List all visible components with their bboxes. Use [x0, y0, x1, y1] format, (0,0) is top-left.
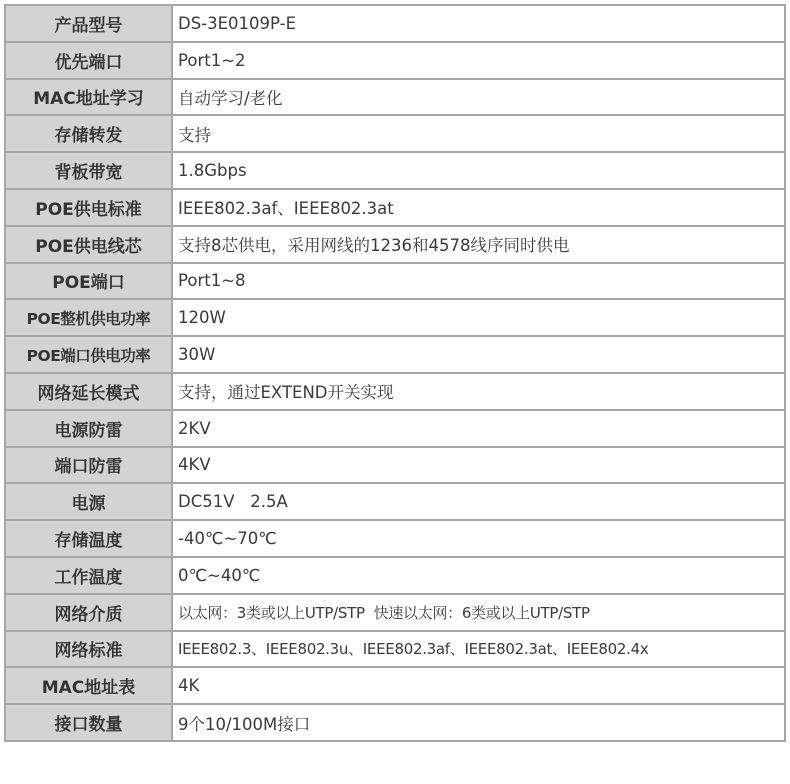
row-value-priority-port: Port1~2 — [172, 42, 785, 79]
table-row: 接口数量 9个10/100M接口 — [5, 704, 785, 741]
row-value-operating-temp: 0℃~40℃ — [172, 557, 785, 594]
row-label-network-media: 网络介质 — [5, 594, 172, 631]
table-row: 存储转发 支持 — [5, 115, 785, 152]
row-value-mac-table: 4K — [172, 667, 785, 704]
row-label-poe-port-power: POE端口供电功率 — [5, 336, 172, 373]
table-row: 背板带宽 1.8Gbps — [5, 152, 785, 189]
table-row: MAC地址学习 自动学习/老化 — [5, 79, 785, 116]
row-value-mac-learning: 自动学习/老化 — [172, 79, 785, 116]
table-row: 优先端口 Port1~2 — [5, 42, 785, 79]
table-row: 网络延长模式 支持，通过EXTEND开关实现 — [5, 373, 785, 410]
row-value-interface-count: 9个10/100M接口 — [172, 704, 785, 741]
row-label-interface-count: 接口数量 — [5, 704, 172, 741]
table-row: 网络标准 IEEE802.3、IEEE802.3u、IEEE802.3af、IE… — [5, 631, 785, 668]
row-value-poe-wiring: 支持8芯供电，采用网线的1236和4578线序同时供电 — [172, 226, 785, 263]
spec-table: 产品型号 DS-3E0109P-E 优先端口 Port1~2 MAC地址学习 自… — [4, 4, 786, 742]
row-label-storage-temp: 存储温度 — [5, 520, 172, 557]
row-label-poe-total-power: POE整机供电功率 — [5, 299, 172, 336]
row-label-poe-standard: POE供电标准 — [5, 189, 172, 226]
row-label-mac-table: MAC地址表 — [5, 667, 172, 704]
row-label-backplane: 背板带宽 — [5, 152, 172, 189]
table-row: 存储温度 -40℃~70℃ — [5, 520, 785, 557]
row-label-power-surge: 电源防雷 — [5, 410, 172, 447]
row-label-operating-temp: 工作温度 — [5, 557, 172, 594]
row-label-priority-port: 优先端口 — [5, 42, 172, 79]
row-value-power-supply: DC51V 2.5A — [172, 483, 785, 520]
row-label-port-surge: 端口防雷 — [5, 447, 172, 484]
row-label-extend-mode: 网络延长模式 — [5, 373, 172, 410]
row-value-port-surge: 4KV — [172, 447, 785, 484]
row-value-store-forward: 支持 — [172, 115, 785, 152]
row-value-storage-temp: -40℃~70℃ — [172, 520, 785, 557]
table-row: 网络介质 以太网：3类或以上UTP/STP 快速以太网：6类或以上UTP/STP — [5, 594, 785, 631]
table-row: POE供电标准 IEEE802.3af、IEEE802.3at — [5, 189, 785, 226]
row-label-mac-learning: MAC地址学习 — [5, 79, 172, 116]
table-row: POE供电线芯 支持8芯供电，采用网线的1236和4578线序同时供电 — [5, 226, 785, 263]
row-value-model: DS-3E0109P-E — [172, 5, 785, 42]
table-row: MAC地址表 4K — [5, 667, 785, 704]
row-value-poe-ports: Port1~8 — [172, 263, 785, 300]
row-label-model: 产品型号 — [5, 5, 172, 42]
row-value-network-media: 以太网：3类或以上UTP/STP 快速以太网：6类或以上UTP/STP — [172, 594, 785, 631]
table-row: POE整机供电功率 120W — [5, 299, 785, 336]
table-row: 端口防雷 4KV — [5, 447, 785, 484]
row-label-power-supply: 电源 — [5, 483, 172, 520]
table-row: POE端口供电功率 30W — [5, 336, 785, 373]
row-label-poe-ports: POE端口 — [5, 263, 172, 300]
table-row: 电源 DC51V 2.5A — [5, 483, 785, 520]
row-label-store-forward: 存储转发 — [5, 115, 172, 152]
row-value-power-surge: 2KV — [172, 410, 785, 447]
row-value-extend-mode: 支持，通过EXTEND开关实现 — [172, 373, 785, 410]
table-row: 电源防雷 2KV — [5, 410, 785, 447]
table-row: 产品型号 DS-3E0109P-E — [5, 5, 785, 42]
row-value-poe-total-power: 120W — [172, 299, 785, 336]
table-row: 工作温度 0℃~40℃ — [5, 557, 785, 594]
row-value-network-standard: IEEE802.3、IEEE802.3u、IEEE802.3af、IEEE802… — [172, 631, 785, 668]
table-row: POE端口 Port1~8 — [5, 263, 785, 300]
row-label-poe-wiring: POE供电线芯 — [5, 226, 172, 263]
row-value-poe-port-power: 30W — [172, 336, 785, 373]
row-value-backplane: 1.8Gbps — [172, 152, 785, 189]
row-label-network-standard: 网络标准 — [5, 631, 172, 668]
row-value-poe-standard: IEEE802.3af、IEEE802.3at — [172, 189, 785, 226]
